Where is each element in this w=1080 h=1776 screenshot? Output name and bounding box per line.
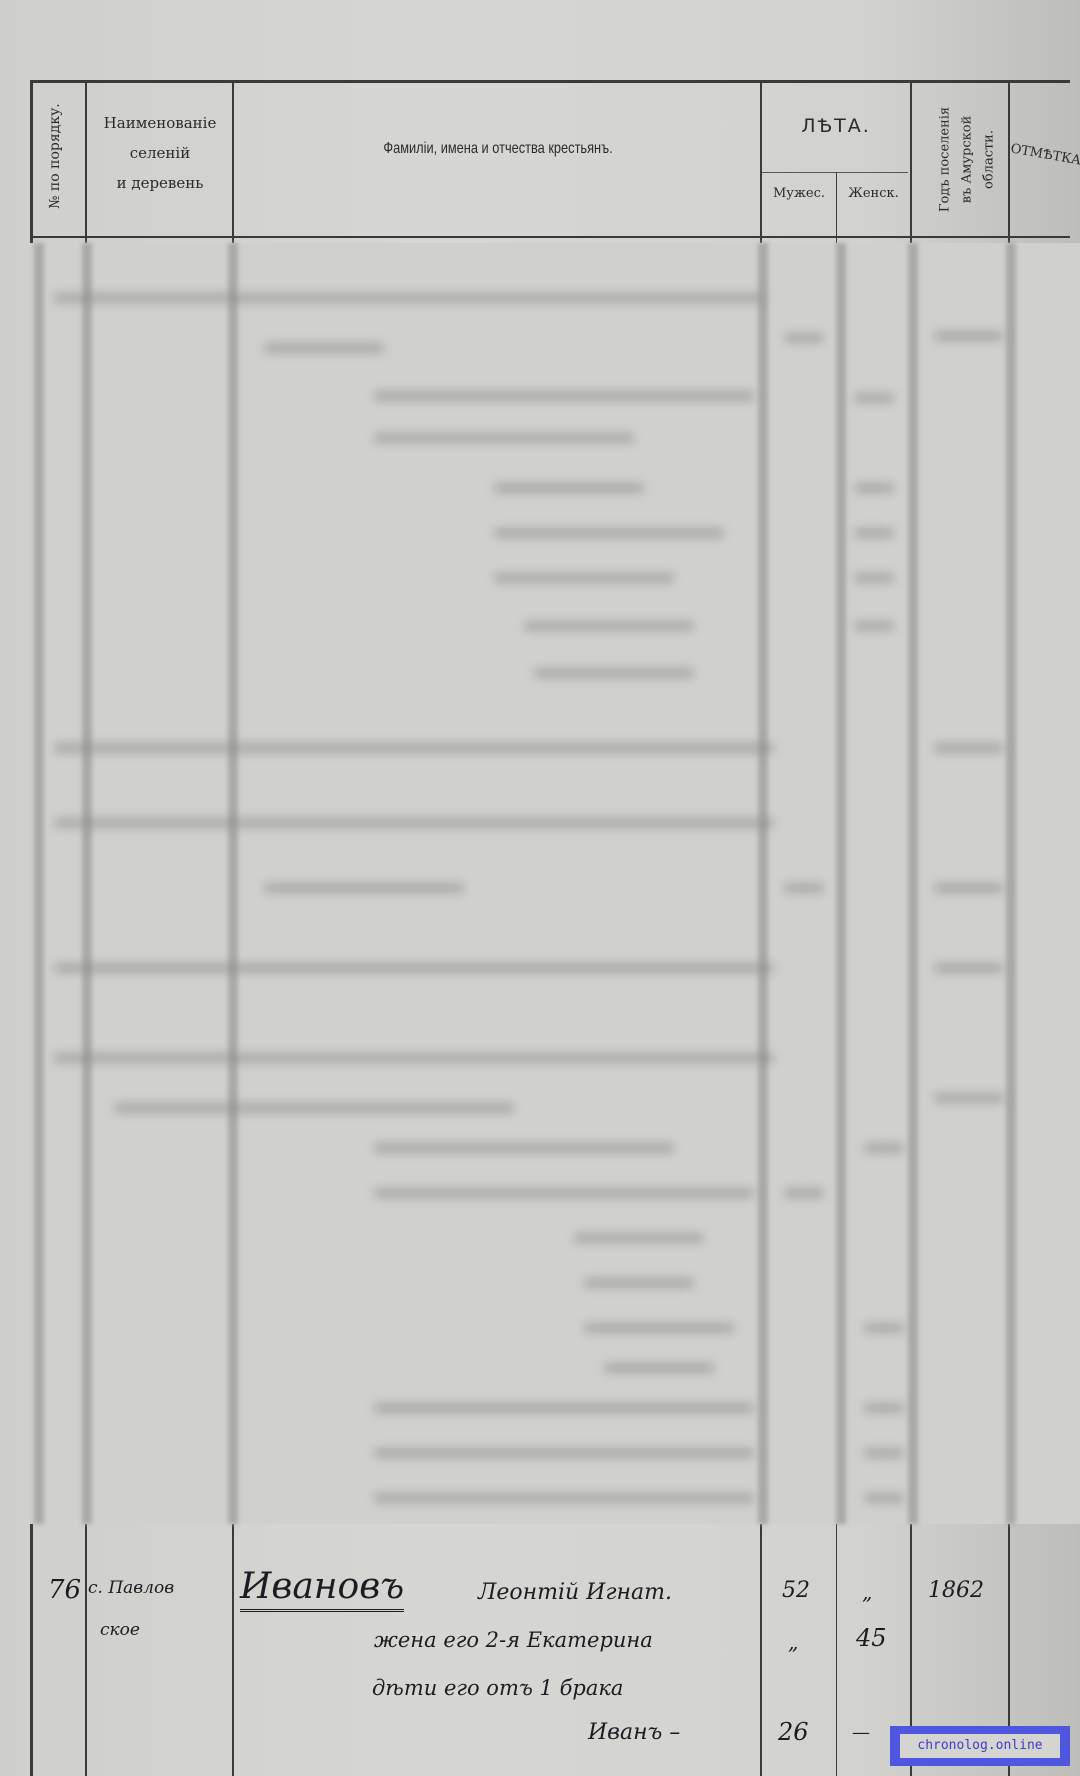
header-year-line2: въ Амурской (960, 85, 975, 235)
header-year-line1: Годъ поселенія (938, 85, 953, 235)
entry-male-age-4: 26 (778, 1718, 809, 1746)
document-page: № по порядку. Наименованіе селеній и дер… (0, 0, 1080, 1776)
header-age: ЛѢТА. (762, 115, 910, 137)
entry-male-age-1: 52 (782, 1578, 810, 1603)
header-year: Годъ поселенія въ Амурской области. (912, 86, 1008, 236)
entry-line-2: жена его 2-я Екатерина (374, 1628, 653, 1652)
age-subheader-rule (762, 172, 908, 173)
watermark-badge: chronolog.online (890, 1726, 1070, 1766)
header-age-male: Мужес. (762, 186, 836, 201)
entry-male-age-2: „ (788, 1630, 798, 1654)
entry-female-age-2: 45 (856, 1624, 887, 1652)
header-village-line2: селеній (88, 138, 232, 168)
entry-line-4: Иванъ – (588, 1720, 680, 1745)
header-names: Фамиліи, имена и отчества крестьянъ. (288, 140, 707, 158)
entry-line-1: Леонтій Игнат. (478, 1580, 672, 1605)
entry-number: 76 (48, 1575, 81, 1605)
watermark-text: chronolog.online (900, 1734, 1060, 1758)
header-age-female: Женск. (837, 186, 910, 201)
entry-surname: Ивановъ (240, 1566, 404, 1612)
header-village-line3: и деревень (88, 168, 232, 198)
entry-village-line2: ское (100, 1620, 140, 1640)
entry-female-age-4: — (852, 1722, 870, 1743)
header-bottom-rule (30, 236, 1070, 238)
entry-female-age-1: „ (862, 1580, 872, 1604)
header-notes: ОТМѢТКА (1009, 141, 1080, 173)
header-year-line3: области. (982, 85, 997, 235)
header-village: Наименованіе селеній и деревень (88, 108, 232, 198)
obscured-entries (24, 243, 1080, 1524)
header-number: № по порядку. (47, 91, 63, 221)
entry-year: 1862 (928, 1578, 984, 1603)
header-top-rule (30, 80, 1070, 83)
entry-line-3: дѣти его отъ 1 брака (372, 1676, 623, 1700)
header-village-line1: Наименованіе (88, 108, 232, 138)
entry-village-line1: с. Павлов (88, 1578, 174, 1598)
